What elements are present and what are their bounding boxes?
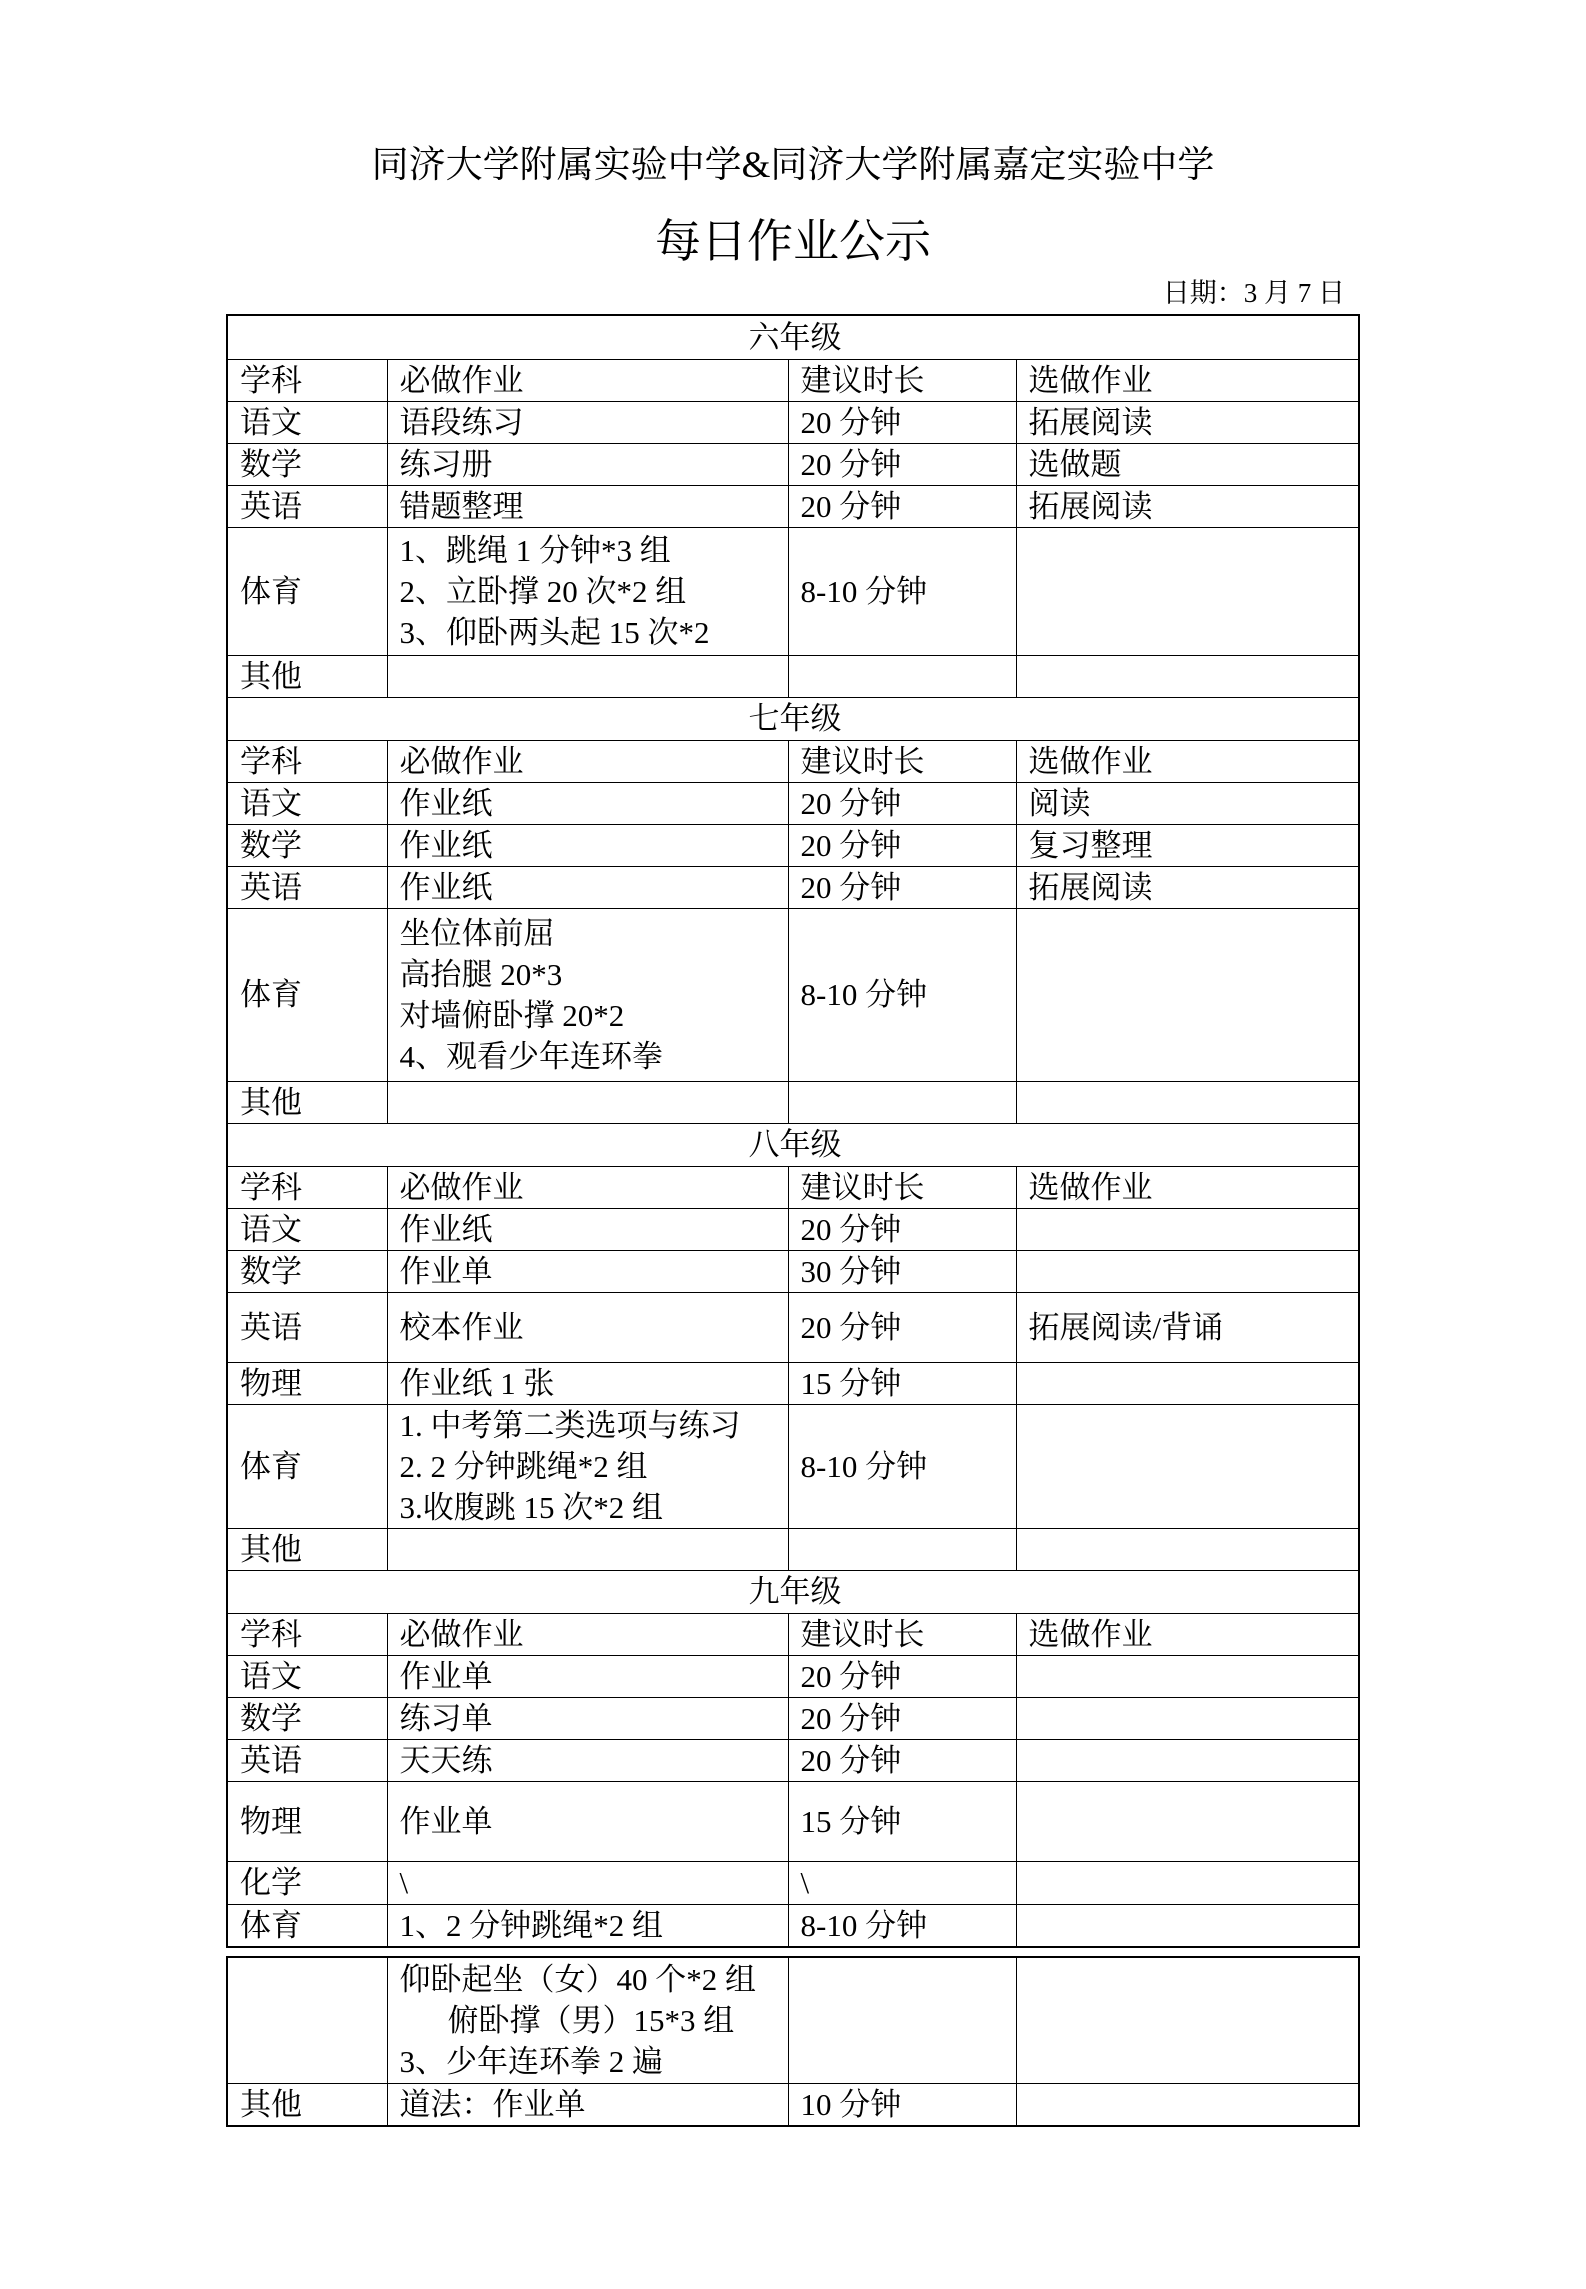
date-label: 日期：3 月 7 日	[227, 276, 1359, 310]
required-cell: 作业纸	[387, 782, 788, 824]
grade7-other-row: 其他	[227, 1081, 1359, 1123]
optional-cell	[1016, 2084, 1359, 2127]
duration-cell: 20 分钟	[788, 1208, 1016, 1250]
column-header-subject: 学科	[227, 740, 387, 782]
grade7-english-row: 英语 作业纸 20 分钟 拓展阅读	[227, 866, 1359, 908]
subject-cell: 数学	[227, 1697, 387, 1739]
required-cell	[387, 1528, 788, 1570]
grade9-other-row: 其他 道法：作业单 10 分钟	[227, 2084, 1359, 2127]
grade9-math-row: 数学 练习单 20 分钟	[227, 1697, 1359, 1739]
grade7-chinese-row: 语文 作业纸 20 分钟 阅读	[227, 782, 1359, 824]
pe-item: 仰卧起坐（女）40 个*2 组	[400, 1959, 780, 2000]
optional-cell: 阅读	[1016, 782, 1359, 824]
grade7-title: 七年级	[227, 697, 1359, 740]
optional-cell	[1016, 1250, 1359, 1292]
required-cell: 1、2 分钟跳绳*2 组	[387, 1904, 788, 1947]
pe-item: 坐位体前屈	[400, 913, 780, 954]
subject-cell: 体育	[227, 527, 387, 655]
optional-cell: 选做题	[1016, 443, 1359, 485]
subject-cell: 语文	[227, 782, 387, 824]
grade8-english-row: 英语 校本作业 20 分钟 拓展阅读/背诵	[227, 1292, 1359, 1362]
optional-cell	[1016, 1655, 1359, 1697]
column-header-duration: 建议时长	[788, 1613, 1016, 1655]
column-header-duration: 建议时长	[788, 1166, 1016, 1208]
duration-cell: \	[788, 1861, 1016, 1904]
column-header-optional: 选做作业	[1016, 359, 1359, 401]
optional-cell: 拓展阅读	[1016, 401, 1359, 443]
pe-item: 俯卧撑（男）15*3 组	[400, 2000, 780, 2041]
required-cell: 练习单	[387, 1697, 788, 1739]
subject-cell: 其他	[227, 1081, 387, 1123]
grade7-band-row: 七年级	[227, 697, 1359, 740]
subject-cell: 物理	[227, 1362, 387, 1404]
duration-cell: 20 分钟	[788, 401, 1016, 443]
optional-cell: 复习整理	[1016, 824, 1359, 866]
grade8-band-row: 八年级	[227, 1123, 1359, 1166]
subject-cell: 语文	[227, 1655, 387, 1697]
column-header-duration: 建议时长	[788, 359, 1016, 401]
column-header-subject: 学科	[227, 1613, 387, 1655]
subject-cell: 体育	[227, 1904, 387, 1947]
subject-cell: 体育	[227, 1404, 387, 1528]
grade6-pe-row: 体育 1、跳绳 1 分钟*3 组 2、立卧撑 20 次*2 组 3、仰卧两头起 …	[227, 527, 1359, 655]
homework-table-main: 六年级 学科 必做作业 建议时长 选做作业 语文 语段练习 20 分钟 拓展阅读…	[226, 314, 1360, 1948]
grade9-pe-continuation-row: 仰卧起坐（女）40 个*2 组 俯卧撑（男）15*3 组 3、少年连环拳 2 遍	[227, 1957, 1359, 2084]
duration-cell: 20 分钟	[788, 782, 1016, 824]
required-cell	[387, 1081, 788, 1123]
duration-cell: 10 分钟	[788, 2084, 1016, 2127]
duration-cell: 20 分钟	[788, 1739, 1016, 1781]
duration-cell: 20 分钟	[788, 1697, 1016, 1739]
grade8-physics-row: 物理 作业纸 1 张 15 分钟	[227, 1362, 1359, 1404]
pe-item: 2、立卧撑 20 次*2 组	[400, 571, 780, 612]
required-cell: 校本作业	[387, 1292, 788, 1362]
grade6-english-row: 英语 错题整理 20 分钟 拓展阅读	[227, 485, 1359, 527]
duration-cell: 20 分钟	[788, 866, 1016, 908]
duration-cell: 8-10 分钟	[788, 1404, 1016, 1528]
optional-cell	[1016, 1957, 1359, 2084]
required-cell: 错题整理	[387, 485, 788, 527]
optional-cell	[1016, 1697, 1359, 1739]
required-cell: 语段练习	[387, 401, 788, 443]
required-cell: 坐位体前屈 高抬腿 20*3 对墙俯卧撑 20*2 4、观看少年连环拳	[387, 908, 788, 1081]
optional-cell	[1016, 1528, 1359, 1570]
grade6-column-header-row: 学科 必做作业 建议时长 选做作业	[227, 359, 1359, 401]
duration-cell: 20 分钟	[788, 485, 1016, 527]
pe-item: 4、观看少年连环拳	[400, 1036, 780, 1077]
required-cell: 作业纸	[387, 866, 788, 908]
optional-cell: 拓展阅读/背诵	[1016, 1292, 1359, 1362]
grade6-chinese-row: 语文 语段练习 20 分钟 拓展阅读	[227, 401, 1359, 443]
subject-cell: 数学	[227, 443, 387, 485]
pe-item: 3.收腹跳 15 次*2 组	[400, 1487, 780, 1528]
grade9-title: 九年级	[227, 1570, 1359, 1613]
subject-cell: 其他	[227, 655, 387, 697]
optional-cell	[1016, 1739, 1359, 1781]
optional-cell	[1016, 1861, 1359, 1904]
grade6-title: 六年级	[227, 315, 1359, 359]
required-cell: 仰卧起坐（女）40 个*2 组 俯卧撑（男）15*3 组 3、少年连环拳 2 遍	[387, 1957, 788, 2084]
required-cell: 1、跳绳 1 分钟*3 组 2、立卧撑 20 次*2 组 3、仰卧两头起 15 …	[387, 527, 788, 655]
optional-cell	[1016, 655, 1359, 697]
duration-cell	[788, 1528, 1016, 1570]
duration-cell	[788, 655, 1016, 697]
column-header-optional: 选做作业	[1016, 1166, 1359, 1208]
required-cell: 1. 中考第二类选项与练习 2. 2 分钟跳绳*2 组 3.收腹跳 15 次*2…	[387, 1404, 788, 1528]
grade8-title: 八年级	[227, 1123, 1359, 1166]
duration-cell: 20 分钟	[788, 1292, 1016, 1362]
grade8-column-header-row: 学科 必做作业 建议时长 选做作业	[227, 1166, 1359, 1208]
column-header-subject: 学科	[227, 359, 387, 401]
optional-cell	[1016, 527, 1359, 655]
homework-table-continuation: 仰卧起坐（女）40 个*2 组 俯卧撑（男）15*3 组 3、少年连环拳 2 遍…	[226, 1956, 1360, 2128]
required-cell: 作业单	[387, 1250, 788, 1292]
optional-cell	[1016, 908, 1359, 1081]
subject-cell: 英语	[227, 1292, 387, 1362]
subject-cell	[227, 1957, 387, 2084]
column-header-duration: 建议时长	[788, 740, 1016, 782]
duration-cell: 15 分钟	[788, 1362, 1016, 1404]
subject-cell: 数学	[227, 1250, 387, 1292]
subject-cell: 体育	[227, 908, 387, 1081]
column-header-subject: 学科	[227, 1166, 387, 1208]
subject-cell: 数学	[227, 824, 387, 866]
document-page: 同济大学附属实验中学&同济大学附属嘉定实验中学 每日作业公示 日期：3 月 7 …	[0, 0, 1586, 2289]
grade8-other-row: 其他	[227, 1528, 1359, 1570]
subject-cell: 语文	[227, 1208, 387, 1250]
required-cell: \	[387, 1861, 788, 1904]
optional-cell: 拓展阅读	[1016, 866, 1359, 908]
column-header-required: 必做作业	[387, 359, 788, 401]
grade6-band-row: 六年级	[227, 315, 1359, 359]
optional-cell: 拓展阅读	[1016, 485, 1359, 527]
duration-cell: 15 分钟	[788, 1781, 1016, 1861]
subject-cell: 其他	[227, 2084, 387, 2127]
duration-cell: 30 分钟	[788, 1250, 1016, 1292]
duration-cell: 20 分钟	[788, 1655, 1016, 1697]
required-cell: 作业单	[387, 1655, 788, 1697]
duration-cell	[788, 1957, 1016, 2084]
pe-item: 3、仰卧两头起 15 次*2	[400, 612, 780, 653]
subject-cell: 化学	[227, 1861, 387, 1904]
optional-cell	[1016, 1904, 1359, 1947]
grade6-other-row: 其他	[227, 655, 1359, 697]
column-header-optional: 选做作业	[1016, 740, 1359, 782]
grade9-pe-row: 体育 1、2 分钟跳绳*2 组 8-10 分钟	[227, 1904, 1359, 1947]
duration-cell	[788, 1081, 1016, 1123]
required-cell: 作业纸	[387, 824, 788, 866]
subject-cell: 语文	[227, 401, 387, 443]
pe-item: 对墙俯卧撑 20*2	[400, 995, 780, 1036]
optional-cell	[1016, 1781, 1359, 1861]
page-subtitle: 每日作业公示	[0, 214, 1586, 270]
grade9-chemistry-row: 化学 \ \	[227, 1861, 1359, 1904]
grade9-physics-row: 物理 作业单 15 分钟	[227, 1781, 1359, 1861]
subject-cell: 其他	[227, 1528, 387, 1570]
grade9-english-row: 英语 天天练 20 分钟	[227, 1739, 1359, 1781]
grade9-band-row: 九年级	[227, 1570, 1359, 1613]
pe-item: 1、跳绳 1 分钟*3 组	[400, 530, 780, 571]
grade7-pe-row: 体育 坐位体前屈 高抬腿 20*3 对墙俯卧撑 20*2 4、观看少年连环拳 8…	[227, 908, 1359, 1081]
pe-item: 高抬腿 20*3	[400, 954, 780, 995]
duration-cell: 20 分钟	[788, 824, 1016, 866]
optional-cell	[1016, 1208, 1359, 1250]
required-cell: 天天练	[387, 1739, 788, 1781]
optional-cell	[1016, 1362, 1359, 1404]
grade7-column-header-row: 学科 必做作业 建议时长 选做作业	[227, 740, 1359, 782]
required-cell: 作业纸 1 张	[387, 1362, 788, 1404]
grade7-math-row: 数学 作业纸 20 分钟 复习整理	[227, 824, 1359, 866]
duration-cell: 20 分钟	[788, 443, 1016, 485]
subject-cell: 英语	[227, 485, 387, 527]
pe-item: 1. 中考第二类选项与练习	[400, 1405, 780, 1446]
required-cell: 道法：作业单	[387, 2084, 788, 2127]
column-header-required: 必做作业	[387, 1166, 788, 1208]
pe-item: 2. 2 分钟跳绳*2 组	[400, 1446, 780, 1487]
duration-cell: 8-10 分钟	[788, 527, 1016, 655]
optional-cell	[1016, 1081, 1359, 1123]
page-title: 同济大学附属实验中学&同济大学附属嘉定实验中学	[0, 142, 1586, 190]
subject-cell: 英语	[227, 1739, 387, 1781]
grade8-math-row: 数学 作业单 30 分钟	[227, 1250, 1359, 1292]
column-header-optional: 选做作业	[1016, 1613, 1359, 1655]
subject-cell: 英语	[227, 866, 387, 908]
column-header-required: 必做作业	[387, 1613, 788, 1655]
required-cell: 练习册	[387, 443, 788, 485]
grade6-math-row: 数学 练习册 20 分钟 选做题	[227, 443, 1359, 485]
pe-item: 3、少年连环拳 2 遍	[400, 2041, 780, 2082]
duration-cell: 8-10 分钟	[788, 908, 1016, 1081]
required-cell	[387, 655, 788, 697]
column-header-required: 必做作业	[387, 740, 788, 782]
grade9-column-header-row: 学科 必做作业 建议时长 选做作业	[227, 1613, 1359, 1655]
duration-cell: 8-10 分钟	[788, 1904, 1016, 1947]
subject-cell: 物理	[227, 1781, 387, 1861]
grade8-pe-row: 体育 1. 中考第二类选项与练习 2. 2 分钟跳绳*2 组 3.收腹跳 15 …	[227, 1404, 1359, 1528]
required-cell: 作业纸	[387, 1208, 788, 1250]
optional-cell	[1016, 1404, 1359, 1528]
required-cell: 作业单	[387, 1781, 788, 1861]
grade9-chinese-row: 语文 作业单 20 分钟	[227, 1655, 1359, 1697]
grade8-chinese-row: 语文 作业纸 20 分钟	[227, 1208, 1359, 1250]
